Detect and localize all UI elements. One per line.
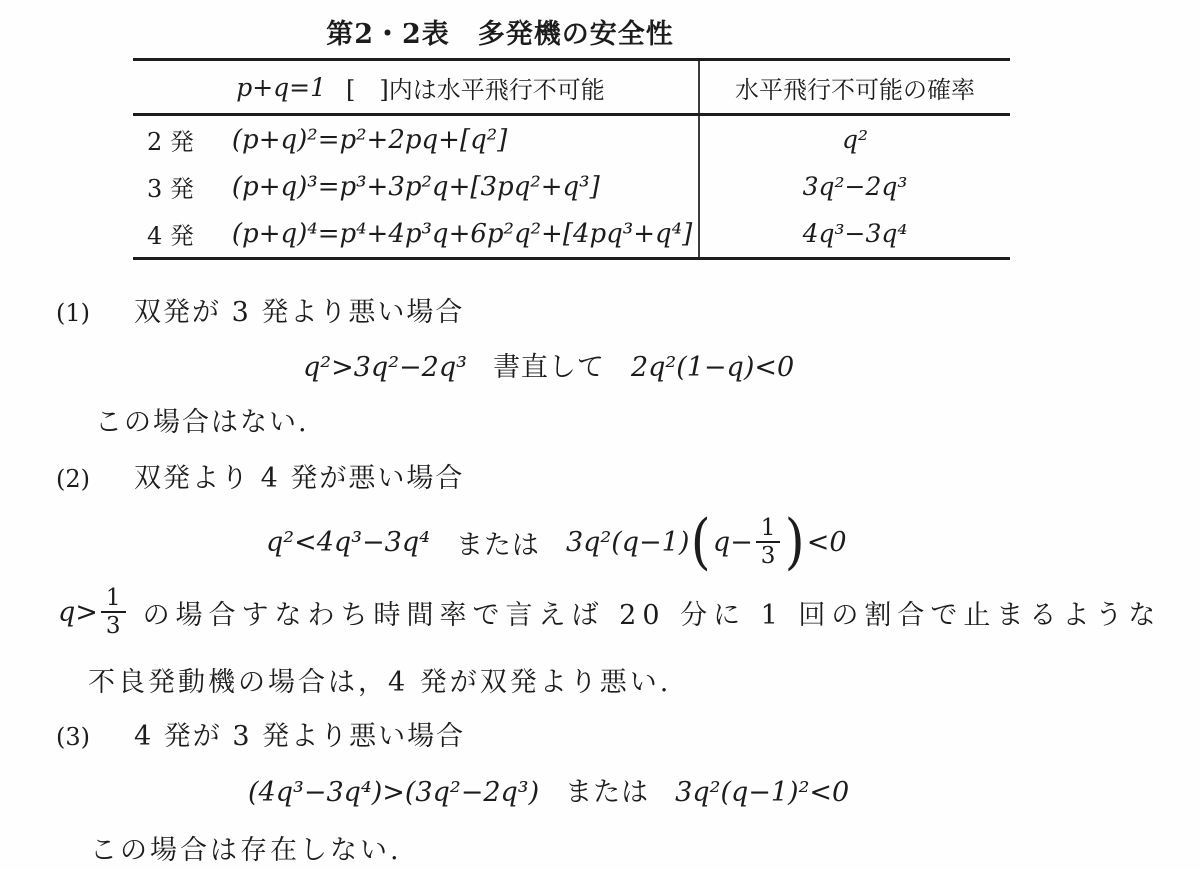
safety-table: p+q=1 [ ]内は水平飛行不可能 水平飛行不可能の確率 2 発 (p+q)²… — [133, 58, 1010, 260]
expansion-formula: (p+q)²=p²+2pq+[q²] — [232, 125, 507, 155]
section-1-formula: q²>3q²−2q³書直して2q²(1−q)<0 — [303, 345, 794, 384]
expansion-formula: (p+q)⁴=p⁴+4p³q+6p²q²+[4pq³+q⁴] — [232, 219, 692, 249]
section-number: (3) — [56, 723, 90, 751]
section-2-conclusion: 不良発動機の場合は，4 発が双発より悪い. — [88, 660, 671, 699]
formula-connector: 書直して — [493, 352, 605, 383]
section-title: 4 発が 3 発より悪い場合 — [134, 721, 465, 752]
header-equation: p+q=1 — [236, 73, 326, 102]
probability-formula: 3q²−2q³ — [698, 163, 1010, 210]
section-3-heading: (3)4 発が 3 発より悪い場合 — [56, 714, 465, 753]
section-title: 双発が 3 発より悪い場合 — [134, 297, 464, 328]
table-header-row: p+q=1 [ ]内は水平飛行不可能 水平飛行不可能の確率 — [133, 61, 1010, 116]
table-row: 4 発 (p+q)⁴=p⁴+4p³q+6p²q²+[4pq³+q⁴] 4q³−3… — [133, 210, 1010, 257]
expansion-formula: (p+q)³=p³+3p²q+[3pq²+q³] — [232, 172, 600, 202]
engine-count-label: 3 発 — [147, 169, 194, 204]
section-1-heading: (1)双発が 3 発より悪い場合 — [56, 290, 464, 329]
header-brackets-note: [ ]内は水平飛行不可能 — [346, 70, 605, 105]
fraction-one-third: 1 3 — [756, 515, 781, 570]
section-1-conclusion: この場合はない. — [95, 400, 309, 439]
table-title: 第2・2表 多発機の安全性 — [0, 12, 1000, 51]
formula-connector: または — [456, 523, 540, 562]
probability-formula: 4q³−3q⁴ — [698, 210, 1010, 257]
section-2-heading: (2)双発より 4 発が悪い場合 — [56, 456, 464, 495]
engine-count-label: 2 発 — [147, 122, 194, 157]
section-3-conclusion: この場合は存在しない. — [90, 828, 402, 867]
probability-formula: q² — [698, 116, 1010, 163]
section-number: (1) — [56, 299, 90, 327]
table-row: 3 発 (p+q)³=p³+3p²q+[3pq²+q³] 3q²−2q³ — [133, 163, 1010, 210]
section-3-formula: (4q³−3q⁴)>(3q²−2q³)または3q²(q−1)²<0 — [248, 770, 849, 809]
header-cell-left: p+q=1 [ ]内は水平飛行不可能 — [133, 61, 698, 113]
header-cell-right: 水平飛行不可能の確率 — [698, 61, 1010, 113]
section-2-paragraph: q> 1 3 の場合すなわち時間率で言えば 20 分に 1 回の割合で止まるよう… — [58, 584, 1161, 640]
engine-count-label: 4 発 — [147, 216, 194, 251]
section-title: 双発より 4 発が悪い場合 — [134, 463, 464, 494]
formula-connector: または — [565, 777, 649, 808]
section-2-formula: q²<4q³−3q⁴ または 3q²(q−1) ( q− 1 3 ) <0 — [266, 508, 847, 576]
table-row: 2 発 (p+q)²=p²+2pq+[q²] q² — [133, 116, 1010, 163]
fraction-one-third: 1 3 — [101, 585, 126, 640]
document-page: 第2・2表 多発機の安全性 p+q=1 [ ]内は水平飛行不可能 水平飛行不可能… — [0, 0, 1200, 869]
section-number: (2) — [56, 465, 90, 493]
